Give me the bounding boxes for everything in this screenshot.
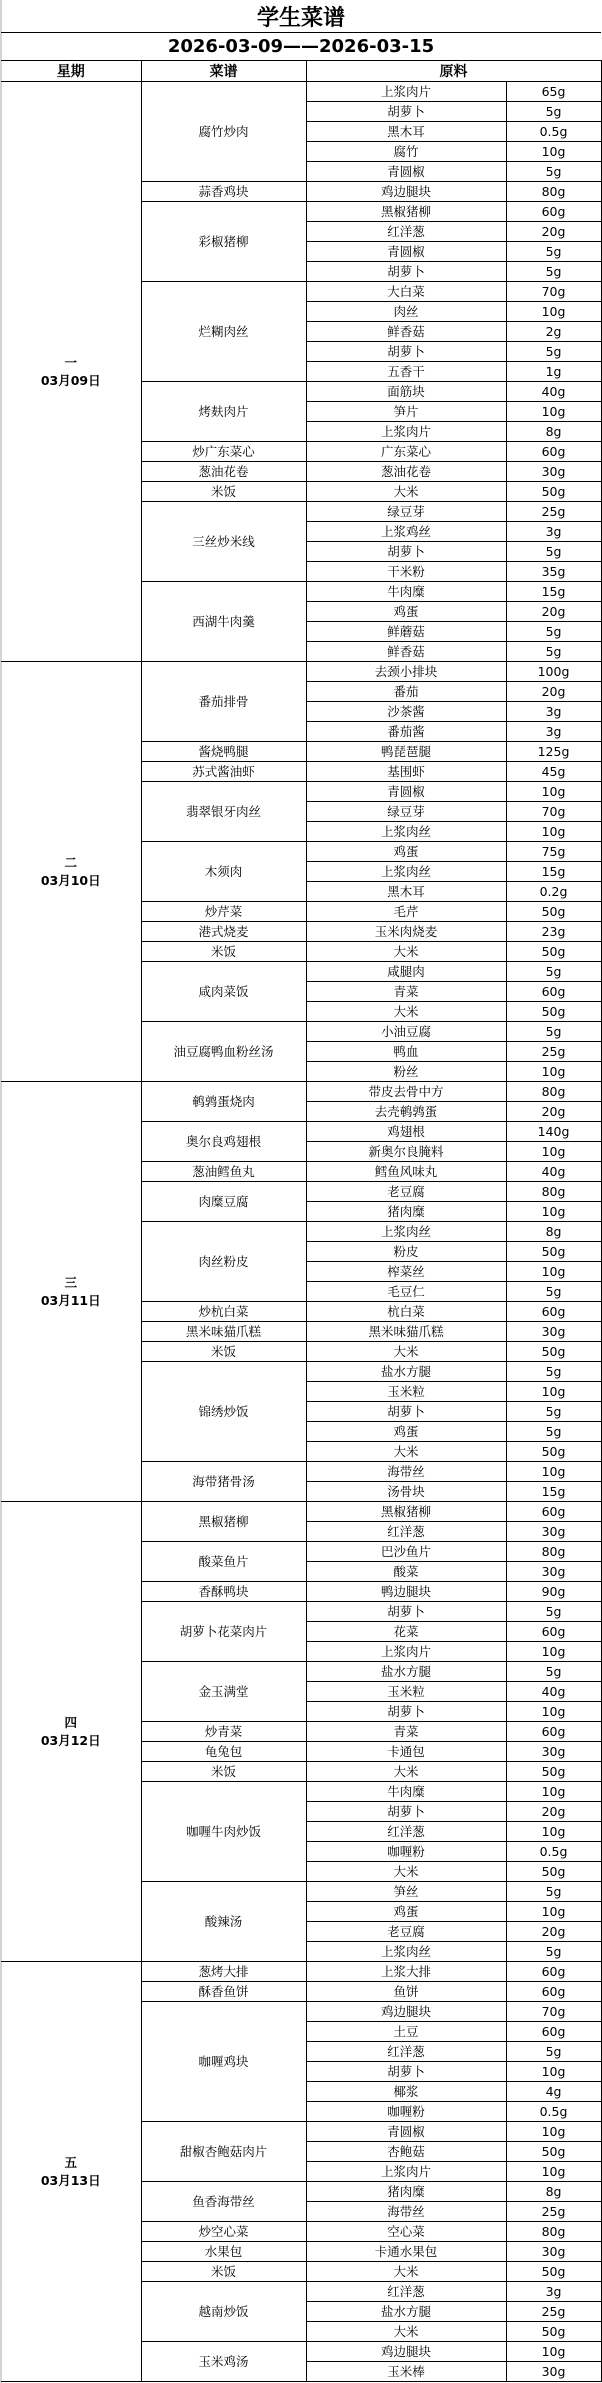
ingredient-name: 胡萝卜 — [306, 342, 506, 362]
ingredient-name: 青圆椒 — [306, 242, 506, 262]
ingredient-quantity: 5g — [506, 1022, 601, 1042]
dish-name: 三丝炒米线 — [141, 502, 306, 582]
table-row: 二03月10日番茄排骨去颈小排块100g — [1, 662, 601, 682]
ingredient-quantity: 90g — [506, 1582, 601, 1602]
weekday-label: 二 — [1, 854, 141, 872]
dish-name: 甜椒杏鲍菇肉片 — [141, 2122, 306, 2182]
ingredient-quantity: 5g — [506, 342, 601, 362]
ingredient-quantity: 3g — [506, 522, 601, 542]
ingredient-name: 土豆 — [306, 2022, 506, 2042]
ingredient-quantity: 40g — [506, 1162, 601, 1182]
ingredient-quantity: 0.5g — [506, 1842, 601, 1862]
table-row: 一03月09日腐竹炒肉上浆肉片65g — [1, 82, 601, 102]
ingredient-name: 上浆肉片 — [306, 82, 506, 102]
ingredient-name: 红洋葱 — [306, 2042, 506, 2062]
weekday-label: 一 — [1, 354, 141, 372]
ingredient-name: 大米 — [306, 1762, 506, 1782]
ingredient-quantity: 20g — [506, 222, 601, 242]
ingredient-name: 黑椒猪柳 — [306, 1502, 506, 1522]
ingredient-name: 广东菜心 — [306, 442, 506, 462]
ingredient-name: 椰浆 — [306, 2082, 506, 2102]
dish-name: 葱油花卷 — [141, 462, 306, 482]
ingredient-name: 胡萝卜 — [306, 262, 506, 282]
date-label: 03月09日 — [1, 372, 141, 390]
ingredient-quantity: 50g — [506, 1002, 601, 1022]
ingredient-name: 牛肉糜 — [306, 1782, 506, 1802]
ingredient-quantity: 5g — [506, 1942, 601, 1962]
ingredient-name: 上浆肉丝 — [306, 862, 506, 882]
ingredient-name: 鱼饼 — [306, 1982, 506, 2002]
header-row: 星期 菜谱 原料 — [1, 61, 601, 82]
ingredient-quantity: 80g — [506, 182, 601, 202]
ingredient-quantity: 15g — [506, 1482, 601, 1502]
ingredient-name: 大米 — [306, 942, 506, 962]
date-label: 03月13日 — [1, 2172, 141, 2190]
header-ingredients: 原料 — [306, 61, 601, 82]
dish-name: 炒广东菜心 — [141, 442, 306, 462]
ingredient-quantity: 70g — [506, 802, 601, 822]
dish-name: 翡翠银牙肉丝 — [141, 782, 306, 842]
dish-name: 烂糊肉丝 — [141, 282, 306, 382]
menu-sheet: 学生菜谱 2026-03-09——2026-03-15 星期 菜谱 原料 一03… — [1, 0, 601, 2382]
table-row: 五03月13日葱烤大排上浆大排60g — [1, 1962, 601, 1982]
dish-name: 米饭 — [141, 942, 306, 962]
ingredient-quantity: 5g — [506, 102, 601, 122]
weekday-cell: 五03月13日 — [1, 1962, 141, 2382]
ingredient-quantity: 50g — [506, 1762, 601, 1782]
ingredient-quantity: 20g — [506, 1102, 601, 1122]
ingredient-quantity: 50g — [506, 1242, 601, 1262]
ingredient-name: 胡萝卜 — [306, 1402, 506, 1422]
ingredient-quantity: 10g — [506, 1702, 601, 1722]
ingredient-name: 肉丝 — [306, 302, 506, 322]
dish-name: 炒杭白菜 — [141, 1302, 306, 1322]
ingredient-quantity: 10g — [506, 1822, 601, 1842]
ingredient-quantity: 20g — [506, 682, 601, 702]
ingredient-name: 青菜 — [306, 1722, 506, 1742]
ingredient-quantity: 40g — [506, 1682, 601, 1702]
dish-name: 米饭 — [141, 1762, 306, 1782]
ingredient-quantity: 80g — [506, 2222, 601, 2242]
ingredient-quantity: 30g — [506, 2242, 601, 2262]
dish-name: 腐竹炒肉 — [141, 82, 306, 182]
ingredient-name: 玉米肉烧麦 — [306, 922, 506, 942]
ingredient-name: 盐水方腿 — [306, 1362, 506, 1382]
ingredient-name: 榨菜丝 — [306, 1262, 506, 1282]
ingredient-name: 空心菜 — [306, 2222, 506, 2242]
ingredient-name: 玉米粒 — [306, 1682, 506, 1702]
ingredient-name: 红洋葱 — [306, 222, 506, 242]
dish-name: 烤麸肉片 — [141, 382, 306, 442]
dish-name: 酱烧鸭腿 — [141, 742, 306, 762]
ingredient-name: 胡萝卜 — [306, 1802, 506, 1822]
ingredient-quantity: 60g — [506, 1962, 601, 1982]
ingredient-name: 黑米味猫爪糕 — [306, 1322, 506, 1342]
dish-name: 炒青菜 — [141, 1722, 306, 1742]
dish-name: 鱼香海带丝 — [141, 2182, 306, 2222]
dish-name: 水果包 — [141, 2242, 306, 2262]
ingredient-quantity: 1g — [506, 362, 601, 382]
dish-name: 龟兔包 — [141, 1742, 306, 1762]
ingredient-name: 红洋葱 — [306, 1522, 506, 1542]
ingredient-name: 大米 — [306, 2322, 506, 2342]
ingredient-quantity: 60g — [506, 442, 601, 462]
ingredient-quantity: 10g — [506, 822, 601, 842]
ingredient-quantity: 10g — [506, 142, 601, 162]
dish-name: 酸辣汤 — [141, 1882, 306, 1962]
ingredient-name: 上浆肉丝 — [306, 1942, 506, 1962]
ingredient-name: 牛肉糜 — [306, 582, 506, 602]
ingredient-quantity: 10g — [506, 1202, 601, 1222]
ingredient-name: 大米 — [306, 1342, 506, 1362]
ingredient-name: 鲜香菇 — [306, 322, 506, 342]
dish-name: 葱烤大排 — [141, 1962, 306, 1982]
ingredient-quantity: 80g — [506, 1542, 601, 1562]
ingredient-quantity: 5g — [506, 542, 601, 562]
ingredient-quantity: 3g — [506, 702, 601, 722]
ingredient-quantity: 8g — [506, 1222, 601, 1242]
weekday-cell: 四03月12日 — [1, 1502, 141, 1962]
dish-name: 苏式酱油虾 — [141, 762, 306, 782]
ingredient-quantity: 3g — [506, 2282, 601, 2302]
ingredient-name: 绿豆芽 — [306, 802, 506, 822]
ingredient-quantity: 8g — [506, 422, 601, 442]
dish-name: 黑椒猪柳 — [141, 1502, 306, 1542]
ingredient-name: 葱油花卷 — [306, 462, 506, 482]
ingredient-quantity: 10g — [506, 2342, 601, 2362]
ingredient-quantity: 5g — [506, 262, 601, 282]
ingredient-name: 鸭边腿块 — [306, 1582, 506, 1602]
ingredient-name: 鸡蛋 — [306, 1422, 506, 1442]
weekday-cell: 三03月11日 — [1, 1082, 141, 1502]
ingredient-quantity: 100g — [506, 662, 601, 682]
dish-name: 肉丝粉皮 — [141, 1222, 306, 1302]
ingredient-quantity: 60g — [506, 1622, 601, 1642]
ingredient-quantity: 50g — [506, 902, 601, 922]
ingredient-quantity: 4g — [506, 2082, 601, 2102]
ingredient-name: 杭白菜 — [306, 1302, 506, 1322]
weekday-label: 五 — [1, 2154, 141, 2172]
ingredient-quantity: 70g — [506, 2002, 601, 2022]
ingredient-name: 鸭琵琶腿 — [306, 742, 506, 762]
ingredient-quantity: 10g — [506, 302, 601, 322]
ingredient-quantity: 10g — [506, 1262, 601, 1282]
ingredient-quantity: 50g — [506, 482, 601, 502]
ingredient-name: 猪肉糜 — [306, 1202, 506, 1222]
ingredient-quantity: 25g — [506, 502, 601, 522]
ingredient-quantity: 2g — [506, 322, 601, 342]
ingredient-name: 胡萝卜 — [306, 542, 506, 562]
ingredient-name: 毛芹 — [306, 902, 506, 922]
ingredient-name: 大白菜 — [306, 282, 506, 302]
ingredient-quantity: 10g — [506, 782, 601, 802]
dish-name: 油豆腐鸭血粉丝汤 — [141, 1022, 306, 1082]
ingredient-name: 带皮去骨中方 — [306, 1082, 506, 1102]
title-row: 学生菜谱 — [1, 0, 601, 33]
dish-name: 酸菜鱼片 — [141, 1542, 306, 1582]
dish-name: 米饭 — [141, 2262, 306, 2282]
ingredient-quantity: 30g — [506, 2362, 601, 2382]
ingredient-quantity: 25g — [506, 2202, 601, 2222]
ingredient-quantity: 10g — [506, 402, 601, 422]
date-label: 03月10日 — [1, 872, 141, 890]
ingredient-name: 卡通包 — [306, 1742, 506, 1762]
ingredient-quantity: 5g — [506, 642, 601, 662]
ingredient-quantity: 65g — [506, 82, 601, 102]
ingredient-quantity: 0.5g — [506, 2102, 601, 2122]
weekday-label: 三 — [1, 1274, 141, 1292]
ingredient-name: 腐竹 — [306, 142, 506, 162]
ingredient-quantity: 5g — [506, 162, 601, 182]
ingredient-quantity: 30g — [506, 1322, 601, 1342]
ingredient-name: 胡萝卜 — [306, 1602, 506, 1622]
ingredient-name: 鸡蛋 — [306, 1902, 506, 1922]
page-title: 学生菜谱 — [1, 0, 601, 33]
ingredient-name: 杏鲍菇 — [306, 2142, 506, 2162]
ingredient-quantity: 5g — [506, 1882, 601, 1902]
ingredient-name: 黑木耳 — [306, 882, 506, 902]
ingredient-quantity: 15g — [506, 862, 601, 882]
dish-name: 金玉满堂 — [141, 1662, 306, 1722]
ingredient-name: 鸭血 — [306, 1042, 506, 1062]
ingredient-name: 大米 — [306, 1442, 506, 1462]
ingredient-quantity: 50g — [506, 1862, 601, 1882]
ingredient-quantity: 50g — [506, 942, 601, 962]
ingredient-quantity: 5g — [506, 1602, 601, 1622]
ingredient-quantity: 8g — [506, 2182, 601, 2202]
dish-name: 港式烧麦 — [141, 922, 306, 942]
ingredient-quantity: 5g — [506, 1422, 601, 1442]
ingredient-name: 上浆肉片 — [306, 1642, 506, 1662]
ingredient-name: 酸菜 — [306, 1562, 506, 1582]
date-label: 03月12日 — [1, 1732, 141, 1750]
date-label: 03月11日 — [1, 1292, 141, 1310]
ingredient-name: 去颈小排块 — [306, 662, 506, 682]
ingredient-name: 海带丝 — [306, 2202, 506, 2222]
ingredient-name: 鸡蛋 — [306, 602, 506, 622]
ingredient-quantity: 10g — [506, 2062, 601, 2082]
dish-name: 香酥鸭块 — [141, 1582, 306, 1602]
ingredient-name: 绿豆芽 — [306, 502, 506, 522]
ingredient-quantity: 50g — [506, 2142, 601, 2162]
ingredient-name: 海带丝 — [306, 1462, 506, 1482]
ingredient-quantity: 20g — [506, 1802, 601, 1822]
ingredient-quantity: 20g — [506, 1922, 601, 1942]
ingredient-name: 老豆腐 — [306, 1182, 506, 1202]
ingredient-quantity: 25g — [506, 2302, 601, 2322]
ingredient-quantity: 60g — [506, 1502, 601, 1522]
ingredient-quantity: 35g — [506, 562, 601, 582]
ingredient-quantity: 50g — [506, 1442, 601, 1462]
ingredient-name: 去壳鹌鹑蛋 — [306, 1102, 506, 1122]
ingredient-name: 红洋葱 — [306, 1822, 506, 1842]
ingredient-quantity: 30g — [506, 1522, 601, 1542]
ingredient-quantity: 80g — [506, 1182, 601, 1202]
ingredient-name: 番茄酱 — [306, 722, 506, 742]
ingredient-name: 巴沙鱼片 — [306, 1542, 506, 1562]
dish-name: 米饭 — [141, 482, 306, 502]
ingredient-quantity: 75g — [506, 842, 601, 862]
weekday-cell: 一03月09日 — [1, 82, 141, 662]
ingredient-quantity: 80g — [506, 1082, 601, 1102]
ingredient-quantity: 140g — [506, 1122, 601, 1142]
ingredient-quantity: 10g — [506, 1462, 601, 1482]
ingredient-name: 红洋葱 — [306, 2282, 506, 2302]
ingredient-quantity: 15g — [506, 582, 601, 602]
ingredient-quantity: 50g — [506, 1342, 601, 1362]
ingredient-name: 咖喱粉 — [306, 1842, 506, 1862]
dish-name: 鹌鹑蛋烧肉 — [141, 1082, 306, 1122]
ingredient-name: 番茄 — [306, 682, 506, 702]
ingredient-quantity: 10g — [506, 1642, 601, 1662]
ingredient-quantity: 10g — [506, 2122, 601, 2142]
ingredient-quantity: 45g — [506, 762, 601, 782]
ingredient-name: 大米 — [306, 482, 506, 502]
dish-name: 奥尔良鸡翅根 — [141, 1122, 306, 1162]
ingredient-name: 上浆鸡丝 — [306, 522, 506, 542]
dish-name: 西湖牛肉羹 — [141, 582, 306, 662]
ingredient-name: 鸡边腿块 — [306, 2342, 506, 2362]
ingredient-quantity: 60g — [506, 982, 601, 1002]
ingredient-name: 干米粉 — [306, 562, 506, 582]
ingredient-name: 五香干 — [306, 362, 506, 382]
dish-name: 咸肉菜饭 — [141, 962, 306, 1022]
ingredient-quantity: 60g — [506, 1302, 601, 1322]
ingredient-name: 玉米棒 — [306, 2362, 506, 2382]
ingredient-name: 上浆肉丝 — [306, 822, 506, 842]
menu-table: 学生菜谱 2026-03-09——2026-03-15 星期 菜谱 原料 一03… — [1, 0, 602, 2382]
dish-name: 彩椒猪柳 — [141, 202, 306, 282]
ingredient-name: 鸡蛋 — [306, 842, 506, 862]
dish-name: 越南炒饭 — [141, 2282, 306, 2342]
weekday-cell: 二03月10日 — [1, 662, 141, 1082]
ingredient-quantity: 0.2g — [506, 882, 601, 902]
ingredient-name: 黑椒猪柳 — [306, 202, 506, 222]
ingredient-quantity: 5g — [506, 962, 601, 982]
ingredient-quantity: 60g — [506, 1982, 601, 2002]
dish-name: 咖喱鸡块 — [141, 2002, 306, 2122]
ingredient-quantity: 10g — [506, 2162, 601, 2182]
dish-name: 番茄排骨 — [141, 662, 306, 742]
ingredient-name: 青圆椒 — [306, 162, 506, 182]
dish-name: 咖喱牛肉炒饭 — [141, 1782, 306, 1882]
ingredient-name: 笋丝 — [306, 1882, 506, 1902]
ingredient-name: 花菜 — [306, 1622, 506, 1642]
ingredient-name: 粉皮 — [306, 1242, 506, 1262]
header-weekday: 星期 — [1, 61, 141, 82]
ingredient-quantity: 10g — [506, 1062, 601, 1082]
ingredient-name: 小油豆腐 — [306, 1022, 506, 1042]
ingredient-quantity: 60g — [506, 202, 601, 222]
ingredient-name: 胡萝卜 — [306, 2062, 506, 2082]
ingredient-name: 上浆肉丝 — [306, 1222, 506, 1242]
ingredient-quantity: 10g — [506, 1142, 601, 1162]
ingredient-name: 鲜蘑菇 — [306, 622, 506, 642]
ingredient-name: 青圆椒 — [306, 782, 506, 802]
ingredient-quantity: 5g — [506, 1402, 601, 1422]
ingredient-name: 基围虾 — [306, 762, 506, 782]
ingredient-quantity: 5g — [506, 1662, 601, 1682]
ingredient-name: 鸡翅根 — [306, 1122, 506, 1142]
ingredient-quantity: 60g — [506, 1722, 601, 1742]
ingredient-name: 青菜 — [306, 982, 506, 1002]
ingredient-name: 上浆肉片 — [306, 422, 506, 442]
ingredient-quantity: 50g — [506, 2262, 601, 2282]
dish-name: 木须肉 — [141, 842, 306, 902]
ingredient-name: 上浆肉片 — [306, 2162, 506, 2182]
ingredient-quantity: 5g — [506, 622, 601, 642]
ingredient-quantity: 25g — [506, 1042, 601, 1062]
dish-name: 黑米味猫爪糕 — [141, 1322, 306, 1342]
ingredient-quantity: 30g — [506, 1742, 601, 1762]
date-range: 2026-03-09——2026-03-15 — [1, 33, 601, 61]
date-range-row: 2026-03-09——2026-03-15 — [1, 33, 601, 61]
ingredient-name: 鲜香菇 — [306, 642, 506, 662]
ingredient-name: 老豆腐 — [306, 1922, 506, 1942]
ingredient-name: 胡萝卜 — [306, 1702, 506, 1722]
ingredient-name: 沙茶酱 — [306, 702, 506, 722]
ingredient-quantity: 5g — [506, 242, 601, 262]
ingredient-name: 上浆大排 — [306, 1962, 506, 1982]
ingredient-name: 猪肉糜 — [306, 2182, 506, 2202]
dish-name: 米饭 — [141, 1342, 306, 1362]
ingredient-name: 大米 — [306, 1862, 506, 1882]
ingredient-name: 鸡边腿块 — [306, 2002, 506, 2022]
ingredient-quantity: 125g — [506, 742, 601, 762]
ingredient-quantity: 30g — [506, 1562, 601, 1582]
weekday-label: 四 — [1, 1714, 141, 1732]
ingredient-quantity: 60g — [506, 2022, 601, 2042]
ingredient-quantity: 30g — [506, 462, 601, 482]
ingredient-quantity: 20g — [506, 602, 601, 622]
ingredient-name: 大米 — [306, 1002, 506, 1022]
ingredient-name: 咖喱粉 — [306, 2102, 506, 2122]
ingredient-name: 鸡边腿块 — [306, 182, 506, 202]
ingredient-name: 卡通水果包 — [306, 2242, 506, 2262]
ingredient-quantity: 3g — [506, 722, 601, 742]
ingredient-quantity: 70g — [506, 282, 601, 302]
ingredient-name: 粉丝 — [306, 1062, 506, 1082]
ingredient-quantity: 10g — [506, 1782, 601, 1802]
ingredient-name: 鳕鱼风味丸 — [306, 1162, 506, 1182]
ingredient-name: 大米 — [306, 2262, 506, 2282]
ingredient-name: 新奥尔良腌料 — [306, 1142, 506, 1162]
ingredient-name: 汤骨块 — [306, 1482, 506, 1502]
ingredient-name: 黑木耳 — [306, 122, 506, 142]
dish-name: 肉糜豆腐 — [141, 1182, 306, 1222]
dish-name: 酥香鱼饼 — [141, 1982, 306, 2002]
ingredient-name: 笋片 — [306, 402, 506, 422]
ingredient-name: 面筋块 — [306, 382, 506, 402]
ingredient-name: 盐水方腿 — [306, 1662, 506, 1682]
table-row: 四03月12日黑椒猪柳黑椒猪柳60g — [1, 1502, 601, 1522]
table-row: 三03月11日鹌鹑蛋烧肉带皮去骨中方80g — [1, 1082, 601, 1102]
ingredient-quantity: 0.5g — [506, 122, 601, 142]
dish-name: 葱油鳕鱼丸 — [141, 1162, 306, 1182]
dish-name: 海带猪骨汤 — [141, 1462, 306, 1502]
ingredient-name: 青圆椒 — [306, 2122, 506, 2142]
ingredient-name: 盐水方腿 — [306, 2302, 506, 2322]
ingredient-quantity: 5g — [506, 2042, 601, 2062]
ingredient-quantity: 23g — [506, 922, 601, 942]
ingredient-name: 胡萝卜 — [306, 102, 506, 122]
ingredient-name: 毛豆仁 — [306, 1282, 506, 1302]
ingredient-quantity: 40g — [506, 382, 601, 402]
ingredient-name: 玉米粒 — [306, 1382, 506, 1402]
ingredient-quantity: 10g — [506, 1382, 601, 1402]
dish-name: 炒芹菜 — [141, 902, 306, 922]
dish-name: 玉米鸡汤 — [141, 2342, 306, 2382]
